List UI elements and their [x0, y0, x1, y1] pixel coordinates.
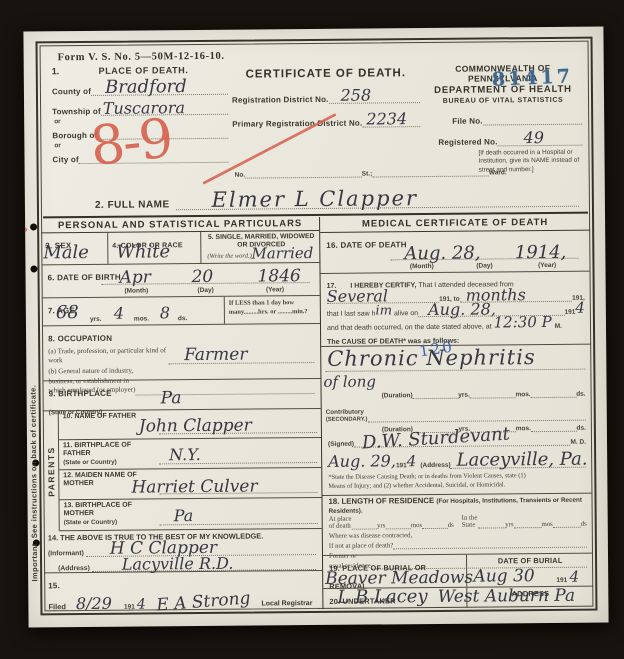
medical-certificate-column: MEDICAL CERTIFICATE OF DEATH 16. DATE OF… [320, 215, 593, 609]
date-of-birth-row: 6. DATE OF BIRTH Apr 20 1846 (Month) (Da… [41, 263, 319, 298]
field1-number: 1. [52, 66, 60, 76]
punch-hole [30, 265, 37, 272]
filed-label: Filed [48, 602, 66, 611]
physician-year-handwritten: 4 [407, 455, 417, 470]
age-row: 7. AGE 68 yrs. 4 mos. 8 ds. If LESS than… [42, 296, 320, 327]
hospital-note: [If death occurred in a Hospital or Inst… [478, 149, 582, 175]
marital-field: 5. SINGLE, MARRIED, WIDOWED OR DIVORCED … [201, 231, 319, 263]
mos-label: mos. [515, 391, 530, 398]
father-name-label: 10. NAME OF FATHER [63, 412, 159, 439]
physician-date-address-row: Aug. 29, 191 4 (Address) Laceyville, Pa. [322, 447, 592, 472]
cause-line [325, 368, 585, 371]
certify-to-handwritten: months [466, 287, 526, 304]
margin-instructions-note: Important. See instructions on back of c… [28, 281, 40, 581]
comma: , [583, 294, 585, 301]
date-of-burial-field: DATE OF BURIAL Aug 30 191 4 [467, 554, 593, 587]
commonwealth-line3: BUREAU OF VITAL STATISTICS [424, 97, 582, 105]
race-label: 4. COLOR OR RACE [112, 242, 183, 250]
birthplace-label: 9. BIRTHPLACE [49, 389, 112, 399]
full-name-line: Elmer L Clapper [176, 206, 579, 211]
date-of-death-sublabels: (Month) (Day) (Year) [390, 261, 578, 270]
date-of-burial-handwritten: Aug 30 [473, 568, 534, 586]
no-label: No. [235, 172, 246, 179]
date-of-death-label: 16. DATE OF DEATH [326, 240, 407, 250]
mother-birthplace-label: 13. BIRTHPLACE OF MOTHER [64, 502, 133, 518]
place-of-death-title: PLACE OF DEATH. [59, 65, 228, 76]
red-pencil-tick: › [24, 224, 28, 236]
undertaker-row: 20. UNDERTAKER L B Lacey ADDRESS West Au… [323, 587, 593, 609]
age-days-handwritten: 8 [160, 305, 170, 321]
city-label: City of [52, 155, 78, 164]
certificate-columns: PERSONAL AND STATISTICAL PARTICULARS 3. … [41, 215, 593, 612]
occupation-a-label: (a) Trade, profession, or particular kin… [48, 346, 168, 365]
filed-row: 15. Filed 8/29 191 4 E A Strong Local Re… [44, 571, 322, 611]
registrar-signature-handwritten: E A Strong [156, 590, 251, 614]
registered-no-line: 49 [498, 145, 583, 147]
dob-fill-line [102, 282, 310, 285]
certify-block: 17. I HEREBY CERTIFY, That I attended de… [321, 271, 592, 346]
father-birthplace-label: 11. BIRTHPLACE OF FATHER [63, 442, 131, 458]
physician-address-handwritten: Laceyville, Pa. [457, 451, 588, 470]
certify-from-handwritten: Several [327, 288, 388, 305]
filed-date-handwritten: 8/29 [76, 596, 112, 612]
less-than-one-day-note: If LESS than 1 day how many.........hrs.… [229, 298, 317, 317]
duration-label: (Duration) [382, 392, 413, 399]
registered-no-label: Registered No. [438, 137, 497, 147]
filed-year-handwritten: 4 [137, 597, 146, 611]
street-fill-line [245, 177, 362, 179]
contracted-text1: Where was disease contracted, [329, 532, 412, 540]
footnote-line1: *State the Disease Causing Death; or in … [328, 473, 525, 482]
death-certificate-document: Important. See instructions on back of c… [23, 26, 608, 627]
informant-address-label: (Address) [58, 565, 90, 572]
county-label: County of [52, 87, 91, 96]
father-birthplace-handwritten: N.Y. [169, 447, 201, 463]
burial-year-handwritten: 4 [570, 570, 580, 585]
parents-label-strip: PARENTS [43, 411, 59, 531]
file-no-label: File No. [452, 117, 483, 126]
footnote-line2: Means of Injury; and (2) whether Acciden… [328, 481, 505, 490]
physician-address-label: (Address) [420, 462, 450, 469]
date-of-burial-label: DATE OF BURIAL [471, 556, 589, 566]
day-sublabel: (Day) [453, 262, 516, 270]
red-pencil-district-mark: 8-9 [87, 106, 175, 178]
sex-label: 3. SEX [45, 241, 71, 250]
certificate-title: CERTIFICATE OF DEATH. [232, 67, 420, 81]
parents-rows: 10. NAME OF FATHER John Clapper 11. BIRT… [58, 409, 322, 531]
father-birthplace-sublabel: (State or Country) [63, 459, 117, 466]
certify-him-handwritten: im [375, 304, 392, 317]
residence-at-place: At placeof death yrs mos ds [329, 515, 454, 530]
time-of-death-handwritten: 12:30 P [494, 314, 552, 330]
mos: mos [541, 521, 552, 528]
primary-district-handwritten: 2234 [366, 111, 407, 127]
residence-in-state: In theState yrs mos ds [454, 514, 587, 529]
father-birthplace-row: 11. BIRTHPLACE OF FATHER(State or Countr… [59, 438, 321, 470]
occupation-row: 8. OCCUPATION (a) Trade, profession, or … [42, 324, 320, 381]
date-of-death-md-handwritten: Aug. 28, [404, 244, 480, 263]
personal-particulars-column: PERSONAL AND STATISTICAL PARTICULARS 3. … [41, 217, 323, 611]
father-name-line: John Clapper [159, 411, 317, 434]
age-months-handwritten: 4 [114, 306, 124, 322]
filed-date-line: 8/29 [68, 610, 124, 611]
year-printed: 191 [556, 577, 567, 584]
occupation-a-line: Farmer [168, 362, 314, 364]
full-name-label: FULL NAME [108, 199, 170, 211]
undertaker-address-label: ADDRESS [472, 589, 590, 599]
of-death-label: of death [329, 523, 351, 530]
mos: mos [411, 522, 422, 529]
burial-row: 19. PLACE OF BURIAL OR REMOVAL Beaver Me… [323, 554, 593, 589]
state-label: State [462, 522, 476, 529]
ds-label: ds. [178, 315, 187, 322]
res-fill [352, 528, 377, 529]
duration-fill [413, 397, 459, 398]
mother-birthplace-sublabel: (State or Country) [64, 519, 118, 526]
mos-label: mos. [134, 315, 149, 322]
informant-address-handwritten: Lacyville R.D. [122, 556, 234, 573]
contributory-line: Contributory(SECONDARY.) [326, 406, 586, 422]
month-sublabel: (Month) [102, 287, 171, 295]
form-number: Form V. S. No. 5—50M-12-16-10. [58, 51, 225, 63]
undertaker-field: 20. UNDERTAKER L B Lacey [323, 588, 467, 609]
residence-label: 18. LENGTH OF RESIDENCE [328, 496, 434, 506]
year-printed: 191 [396, 463, 407, 470]
registration-district-label: Registration District No. [232, 95, 329, 105]
secondary-label: (SECONDARY.) [326, 416, 368, 422]
yrs-label: yrs. [90, 316, 102, 323]
age-label: 7. AGE [48, 306, 75, 315]
yrs-label: yrs. [458, 391, 470, 398]
year-sublabel: (Year) [516, 261, 579, 269]
year-sublabel: (Year) [240, 286, 309, 294]
cause-duration-handwritten: of long [323, 374, 376, 389]
file-no-line [483, 124, 583, 126]
age-field: 7. AGE 68 yrs. 4 mos. 8 ds. [42, 296, 224, 325]
full-name-row: 2. FULL NAME Elmer L Clapper [95, 185, 579, 211]
place-of-burial-field: 19. PLACE OF BURIAL OR REMOVAL Beaver Me… [323, 555, 468, 588]
place-of-burial-label: 19. PLACE OF BURIAL OR REMOVAL [329, 563, 426, 591]
month-sublabel: (Month) [390, 262, 453, 270]
primary-district-line: 2234 [362, 126, 420, 128]
primary-district-label: Primary Registration District No. [232, 119, 362, 129]
contributory-fill [367, 419, 585, 422]
st-label: St.; [362, 171, 373, 178]
res-fill [422, 528, 447, 529]
parents-vertical-label: PARENTS [46, 446, 56, 497]
date-of-death-line [390, 257, 578, 260]
marital-hint: (Write the word.) [207, 252, 251, 259]
cause-of-death-block: 120 Chronic Nephritis of long (Duration)… [321, 344, 592, 425]
duration-line-1: (Duration) yrs. mos. ds. [326, 390, 586, 399]
mother-birthplace-row: 13. BIRTHPLACE OF MOTHER(State or Countr… [60, 498, 322, 531]
yrs: yrs [505, 521, 513, 528]
physician-address-line: Laceyville, Pa. [451, 467, 587, 469]
dob-label: 6. DATE OF BIRTH [48, 273, 121, 283]
occupation-handwritten: Farmer [184, 347, 247, 365]
full-name-handwritten: Elmer L Clapper [212, 188, 419, 211]
md-label: M. D. [570, 438, 586, 445]
sex-field: 3. SEX Male [41, 232, 108, 264]
physician-date-handwritten: Aug. 29, [328, 454, 396, 471]
last-seen-year-handwritten: 4 [575, 300, 585, 315]
father-birthplace-line: N.Y. [159, 440, 317, 464]
res-fill [385, 528, 410, 529]
informant-row: 14. THE ABOVE IS TRUE TO THE BEST OF MY … [44, 529, 322, 573]
mother-birthplace-handwritten: Pa [174, 508, 194, 524]
file-number-stamp: 81417 [491, 65, 573, 91]
punch-hole [30, 223, 37, 230]
duration-fill [470, 397, 516, 398]
father-name-row: 10. NAME OF FATHER John Clapper [59, 409, 321, 440]
parents-group: PARENTS 10. NAME OF FATHER John Clapper … [43, 409, 322, 531]
date-of-death-row: 16. DATE OF DEATH Aug. 28, 1914, (Month)… [320, 231, 590, 274]
yrs: yrs [377, 522, 385, 529]
undertaker-address-field: ADDRESS West Auburn Pa [468, 587, 594, 608]
cause-footnote: *State the Disease Causing Death; or in … [322, 470, 592, 496]
registration-district-handwritten: 258 [340, 88, 371, 104]
registration-district-line: 258 [329, 102, 420, 104]
occupation-label: 8. OCCUPATION [48, 334, 112, 344]
ds-label: ds. [576, 390, 585, 397]
physician-signature-row: (Signed) D.W. Sturdevant M. D. [322, 423, 592, 450]
length-of-residence-block: 18. LENGTH OF RESIDENCE (For Hospitals, … [322, 494, 593, 556]
signed-label: (Signed) [328, 440, 354, 447]
local-registrar-label: Local Registrar [261, 600, 312, 607]
mother-name-line: Harriet Culver [159, 470, 317, 494]
undertaker-label: 20. UNDERTAKER [329, 596, 395, 606]
filed-signature-line: 4 E A Strong [135, 608, 317, 611]
mother-name-label: 12. MAIDEN NAME OF MOTHER [63, 471, 159, 499]
date-of-death-year-handwritten: 1914, [515, 243, 567, 261]
field15-number: 15. [48, 581, 60, 590]
day-sublabel: (Day) [171, 286, 240, 294]
duration-fill [531, 396, 577, 397]
field2-number: 2. [95, 200, 104, 211]
county-fill-line: Bradford [91, 94, 228, 96]
sex-race-marital-row: 3. SEX Male 4. COLOR OR RACE White 5. SI… [41, 231, 319, 266]
ward-fill-line [372, 175, 489, 177]
contracted-text2: If not at place of death? [329, 542, 393, 550]
race-field: 4. COLOR OR RACE White [108, 232, 201, 264]
m-label: M. [555, 322, 562, 329]
registered-no-handwritten: 49 [524, 130, 544, 146]
dob-sublabels: (Month) (Day) (Year) [102, 286, 310, 295]
contributory-label: Contributory [326, 408, 364, 415]
ds: ds [581, 521, 587, 528]
birthplace-row: 9. BIRTHPLACE (State or Country) Pa [42, 379, 320, 411]
birthplace-handwritten: Pa [161, 390, 182, 407]
marital-label-line2: OR DIVORCED [205, 241, 317, 250]
county-handwritten: Bradford [105, 78, 187, 97]
filed-year-printed: 191 [124, 604, 135, 611]
mother-name-row: 12. MAIDEN NAME OF MOTHER Harriet Culver [59, 468, 321, 500]
less-than-one-day-box: If LESS than 1 day how many.........hrs.… [224, 296, 320, 324]
mother-birthplace-line: Pa [160, 500, 318, 525]
